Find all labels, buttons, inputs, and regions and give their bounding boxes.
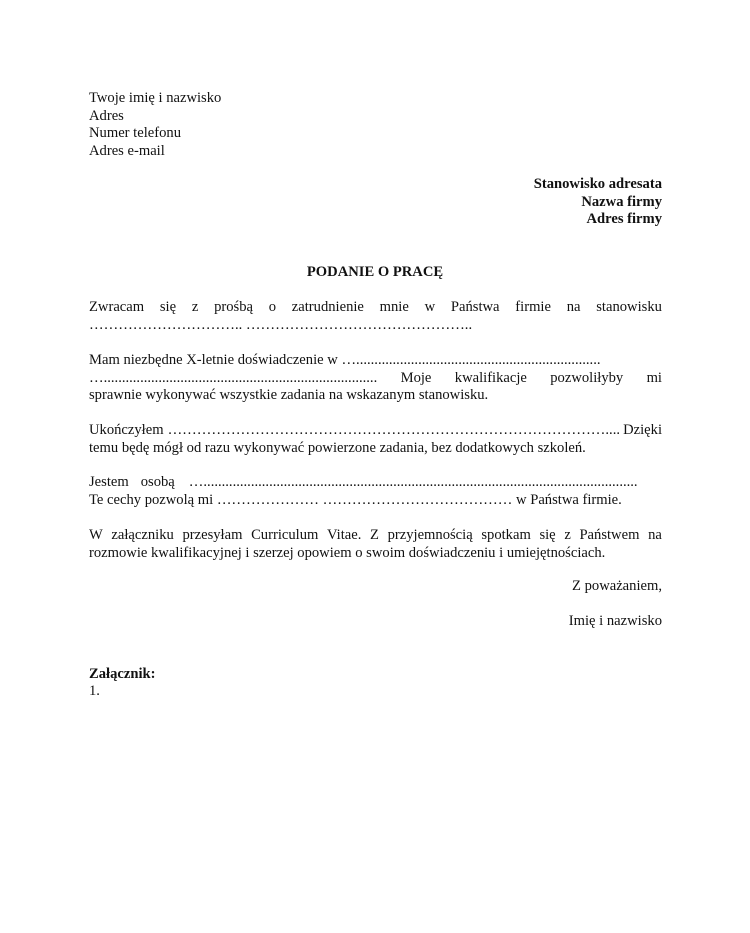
sender-address: Adres	[89, 108, 221, 126]
paragraph-4-line-1: Jestem osobą …..........................…	[89, 474, 662, 492]
word: W	[89, 527, 103, 545]
attachment-item-1: 1.	[89, 683, 100, 701]
word: Z	[370, 527, 379, 545]
word: w	[425, 299, 436, 317]
word: spotkam	[481, 527, 530, 545]
sender-name: Twoje imię i nazwisko	[89, 90, 221, 108]
word: mnie	[380, 299, 409, 317]
paragraph-2-line-3: sprawnie wykonywać wszystkie zadania na …	[89, 387, 662, 405]
recipient-company-address: Adres firmy	[534, 211, 662, 229]
recipient-block: Stanowisko adresata Nazwa firmy Adres fi…	[534, 176, 662, 229]
word: się	[539, 527, 555, 545]
word: Zwracam	[89, 299, 144, 317]
paragraph-3-line-1: Ukończyłem ………………………………………………………………………………	[89, 422, 662, 440]
word: zatrudnienie	[292, 299, 364, 317]
document-page: Twoje imię i nazwisko Adres Numer telefo…	[0, 0, 750, 933]
word: przyjemnością	[388, 527, 473, 545]
paragraph-2-line-2: ….......................................…	[89, 370, 662, 388]
recipient-company: Nazwa firmy	[534, 194, 662, 212]
word: przesyłam	[182, 527, 242, 545]
word: na	[648, 527, 662, 545]
blank-field: …………………………..	[89, 317, 242, 335]
sender-phone: Numer telefonu	[89, 125, 221, 143]
paragraph-1-line-1: ZwracamsięzprośbąozatrudnieniemniewPańst…	[89, 299, 662, 317]
word: Państwem	[579, 527, 639, 545]
word: się	[160, 299, 176, 317]
blank-field: ….......................................…	[189, 474, 662, 492]
paragraph-5-line-1: WzałącznikuprzesyłamCurriculumVitae.Zprz…	[89, 527, 662, 545]
paragraph-4-line-2: Te cechy pozwolą mi ………………… …………………………………	[89, 492, 662, 510]
recipient-position: Stanowisko adresata	[534, 176, 662, 194]
word: prośbą	[214, 299, 253, 317]
paragraph-3-line-2: temu będę mógł od razu wykonywać powierz…	[89, 440, 662, 458]
word: o	[269, 299, 276, 317]
p4-word-1: Jestem	[89, 474, 129, 492]
paragraph-1-line-2: ………………………….. ………………………………………..	[89, 317, 662, 335]
p3-end: Dzięki	[623, 422, 662, 440]
paragraph-2: Mam niezbędne X-letnie doświadczenie w ……	[89, 352, 662, 405]
attachment-label: Załącznik:	[89, 666, 155, 684]
word: Vitae.	[327, 527, 361, 545]
closing-signature: Imię i nazwisko	[569, 613, 662, 631]
word: firmie	[515, 299, 551, 317]
closing-salutation: Z poważaniem,	[572, 578, 662, 596]
paragraph-4: Jestem osobą …..........................…	[89, 474, 662, 509]
blank-field: ….......................................…	[89, 370, 377, 388]
blank-field: ………………………………………………………………………………..........…	[168, 422, 620, 440]
word: Moje	[401, 370, 432, 388]
paragraph-5: WzałącznikuprzesyłamCurriculumVitae.Zprz…	[89, 527, 662, 562]
p4-word-2: osobą	[141, 474, 175, 492]
word: z	[192, 299, 198, 317]
blank-field: ………………………………………..	[246, 317, 472, 335]
word: stanowisku	[596, 299, 662, 317]
word: Curriculum	[251, 527, 318, 545]
word: mi	[647, 370, 662, 388]
word: pozwoliłyby	[550, 370, 623, 388]
word: z	[564, 527, 570, 545]
paragraph-5-line-2: rozmowie kwalifikacyjnej i szerzej opowi…	[89, 545, 662, 563]
p3-start: Ukończyłem	[89, 422, 164, 440]
word: załączniku	[111, 527, 173, 545]
sender-email: Adres e-mail	[89, 143, 221, 161]
word: Państwa	[451, 299, 500, 317]
document-title: PODANIE O PRACĘ	[0, 264, 750, 282]
word: kwalifikacje	[455, 370, 527, 388]
sender-block: Twoje imię i nazwisko Adres Numer telefo…	[89, 90, 221, 160]
word: na	[567, 299, 581, 317]
paragraph-3: Ukończyłem ………………………………………………………………………………	[89, 422, 662, 457]
paragraph-2-line-1: Mam niezbędne X-letnie doświadczenie w ……	[89, 352, 662, 370]
paragraph-1: ZwracamsięzprośbąozatrudnieniemniewPańst…	[89, 299, 662, 334]
